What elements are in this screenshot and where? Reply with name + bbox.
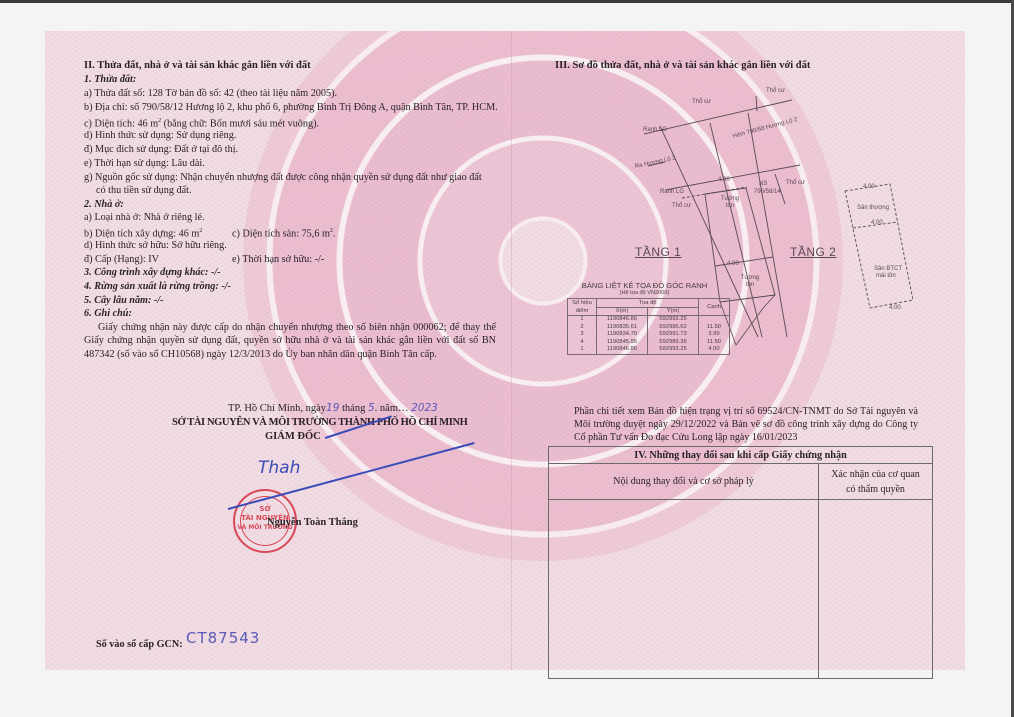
table-row: 4 1190845.95 592989.36 11.50	[568, 339, 730, 347]
scan-edge-top	[0, 0, 1014, 3]
house-ownership-term: e) Thời hạn sở hữu: -/-	[232, 253, 324, 266]
seal-line-1: SỞ	[235, 505, 295, 514]
land-origin: g) Nguồn gốc sử dụng: Nhận chuyển nhượng…	[84, 171, 482, 184]
cell-x: 1190835.61	[597, 324, 648, 332]
land-origin-cont: có thu tiền sử dụng đất.	[96, 184, 192, 197]
label-tho-cu-2: Thổ cư	[766, 88, 785, 94]
col-authority-confirmation: Xác nhận của cơ quancó thẩm quyền	[819, 464, 933, 500]
changes-table: IV. Những thay đổi sau khi cấp Giấy chứn…	[548, 446, 933, 679]
table-row: 1 1190846.86 592993.25	[568, 316, 730, 324]
registry-number: CT87543	[186, 632, 260, 645]
label-dim-bottom: 4.00	[727, 261, 739, 267]
floor-2-label: TẦNG 2	[790, 245, 836, 259]
label-tuong-ton-1: Tường tôn	[720, 196, 740, 210]
cell-y: 592991.73	[648, 331, 699, 339]
signer-name: Nguyễn Toàn Thắng	[267, 517, 358, 528]
cell-y: 592993.25	[648, 316, 699, 324]
notes-heading: 6. Ghi chú:	[84, 307, 132, 320]
label-f2-dim-mid: 4.00	[871, 220, 883, 226]
section3-note: Phần chi tiết xem Bản đồ hiện trạng vị t…	[574, 405, 918, 444]
signing-month: 5	[368, 402, 375, 414]
label-ns: NS	[759, 181, 767, 187]
cell-point: 2	[568, 324, 597, 332]
table-row: 2 1190835.61 592995.62 11.50	[568, 324, 730, 332]
label-rooftop: Sân thượng	[857, 205, 889, 211]
label-concrete-floor: Sân BTCT	[874, 266, 902, 272]
cell-x: 1190846.86	[597, 346, 648, 354]
cell-edge: 11.50	[699, 324, 730, 332]
perennial-trees: 5. Cây lâu năm: -/-	[84, 294, 164, 307]
registry-label: Số vào sổ cấp GCN:	[96, 638, 183, 651]
month-label: tháng	[342, 403, 365, 414]
change-content-cell	[549, 500, 819, 679]
land-area-words: (bằng chữ: Bốn mươi sáu mét vuông).	[161, 118, 319, 129]
label-f2-dim-bot: 4.00	[889, 305, 901, 311]
col-coords: Tọa độ	[597, 299, 699, 308]
cell-y: 592995.62	[648, 324, 699, 332]
house-floor-area-end: .	[333, 228, 336, 239]
land-use-form: d) Hình thức sử dụng: Sử dụng riêng.	[84, 129, 236, 142]
label-f2-dim-top: 4.00	[863, 184, 875, 190]
authority-confirmation-cell	[819, 500, 933, 679]
section2-title: II. Thửa đất, nhà ở và tài sản khác gắn …	[84, 59, 311, 72]
section3-title: III. Sơ đồ thửa đất, nhà ở và tài sản kh…	[555, 59, 810, 72]
cell-edge: 11.50	[699, 339, 730, 347]
notes-text: Giấy chứng nhận này được cấp do nhận chu…	[84, 321, 496, 361]
house-ownership-form: d) Hình thức sở hữu: Sở hữu riêng.	[84, 239, 227, 252]
signing-date: TP. Hồ Chí Minh, ngày19 tháng 5. năm… 20…	[228, 402, 438, 415]
cell-point: 3	[568, 331, 597, 339]
section4-title: IV. Những thay đổi sau khi cấp Giấy chứn…	[549, 447, 933, 464]
cell-x: 1190846.86	[597, 316, 648, 324]
house-floor-area: c) Diện tích sàn: 75,6 m2.	[232, 225, 335, 241]
label-tho-cu-3: Thổ cư	[672, 203, 691, 209]
land-use-purpose: đ) Mục đích sử dụng: Đất ở tại đô thị.	[84, 143, 238, 156]
land-use-term: e) Thời hạn sử dụng: Lâu dài.	[84, 157, 205, 170]
label-metal-roof: mái tôn	[876, 273, 896, 279]
cell-x: 1190845.95	[597, 339, 648, 347]
production-forest: 4. Rừng sản xuất là rừng trồng: -/-	[84, 280, 231, 293]
label-tuong-ton-2: Tường tôn	[740, 275, 760, 289]
col-point: Số hiệu điểm	[568, 299, 597, 316]
corner-coordinates-table: BẢNG LIỆT KÊ TỌA ĐỘ GÓC RANH (Hệ tọa độ …	[567, 281, 730, 355]
house-type: a) Loại nhà ở: Nhà ở riêng lẻ.	[84, 211, 205, 224]
col-edge: Cạnh	[699, 299, 730, 316]
cell-y: 592993.25	[648, 346, 699, 354]
land-parcel-number: a) Thửa đất số: 128 Tờ bản đồ số: 42 (th…	[84, 87, 337, 100]
cell-edge	[699, 316, 730, 324]
cell-edge: 3.99	[699, 331, 730, 339]
cell-point: 1	[568, 316, 597, 324]
house-floor-area-value: c) Diện tích sàn: 75,6 m	[232, 228, 330, 239]
col-y: Y(m)	[648, 307, 699, 316]
col2-line2: có thẩm quyền	[846, 484, 905, 495]
col2-line1: Xác nhận của cơ quan	[831, 469, 920, 480]
page-fold	[511, 31, 512, 670]
signing-place: TP. Hồ Chí Minh, ngày	[228, 403, 326, 414]
label-ranh-lg-1: Ranh LG	[643, 127, 667, 133]
col-x: X(m)	[597, 307, 648, 316]
cell-x: 1190834.70	[597, 331, 648, 339]
floor-1-label: TẦNG 1	[635, 245, 681, 259]
table-row: 3 1190834.70 592991.73 3.99	[568, 331, 730, 339]
house-build-area-sup: 2	[199, 228, 202, 234]
signature-handwriting: Thah	[258, 462, 300, 475]
label-dim-top: 4.00	[718, 177, 730, 183]
signer-role: GIÁM ĐỐC	[265, 430, 321, 443]
land-address: b) Địa chỉ: số 790/58/12 Hương lộ 2, khu…	[84, 101, 498, 114]
cell-point: 4	[568, 339, 597, 347]
signing-year: 2023	[411, 402, 438, 414]
label-ns-addr: 790/58/14	[754, 189, 781, 195]
house-build-area-value: b) Diện tích xây dựng: 46 m	[84, 228, 199, 239]
label-tho-cu-4: Thổ cư	[786, 180, 805, 186]
table-row: 1 1190846.86 592993.25 4.00	[568, 346, 730, 354]
col-change-content: Nội dung thay đổi và cơ sở pháp lý	[549, 464, 819, 500]
cell-point: 1	[568, 346, 597, 354]
signing-day: 19	[326, 402, 339, 414]
house-heading: 2. Nhà ở:	[84, 198, 124, 211]
land-area-value: c) Diện tích: 46 m	[84, 118, 158, 129]
issuing-agency: SỞ TÀI NGUYÊN VÀ MÔI TRƯỜNG THÀNH PHỐ HỒ…	[172, 416, 467, 429]
coord-table-title: BẢNG LIỆT KÊ TỌA ĐỘ GÓC RANH	[567, 281, 722, 290]
land-heading: 1. Thửa đất:	[84, 73, 136, 86]
label-ranh-lg-2: Ranh LG	[660, 189, 684, 195]
house-grade: đ) Cấp (Hạng): IV	[84, 253, 159, 266]
cell-y: 592989.36	[648, 339, 699, 347]
label-tho-cu-1: Thổ cư	[692, 99, 711, 105]
coord-table-subtitle: (Hệ tọa độ VN2000)	[567, 290, 722, 296]
year-label: năm	[380, 403, 398, 414]
other-constructions: 3. Công trình xây dựng khác: -/-	[84, 266, 221, 279]
cell-edge: 4.00	[699, 346, 730, 354]
